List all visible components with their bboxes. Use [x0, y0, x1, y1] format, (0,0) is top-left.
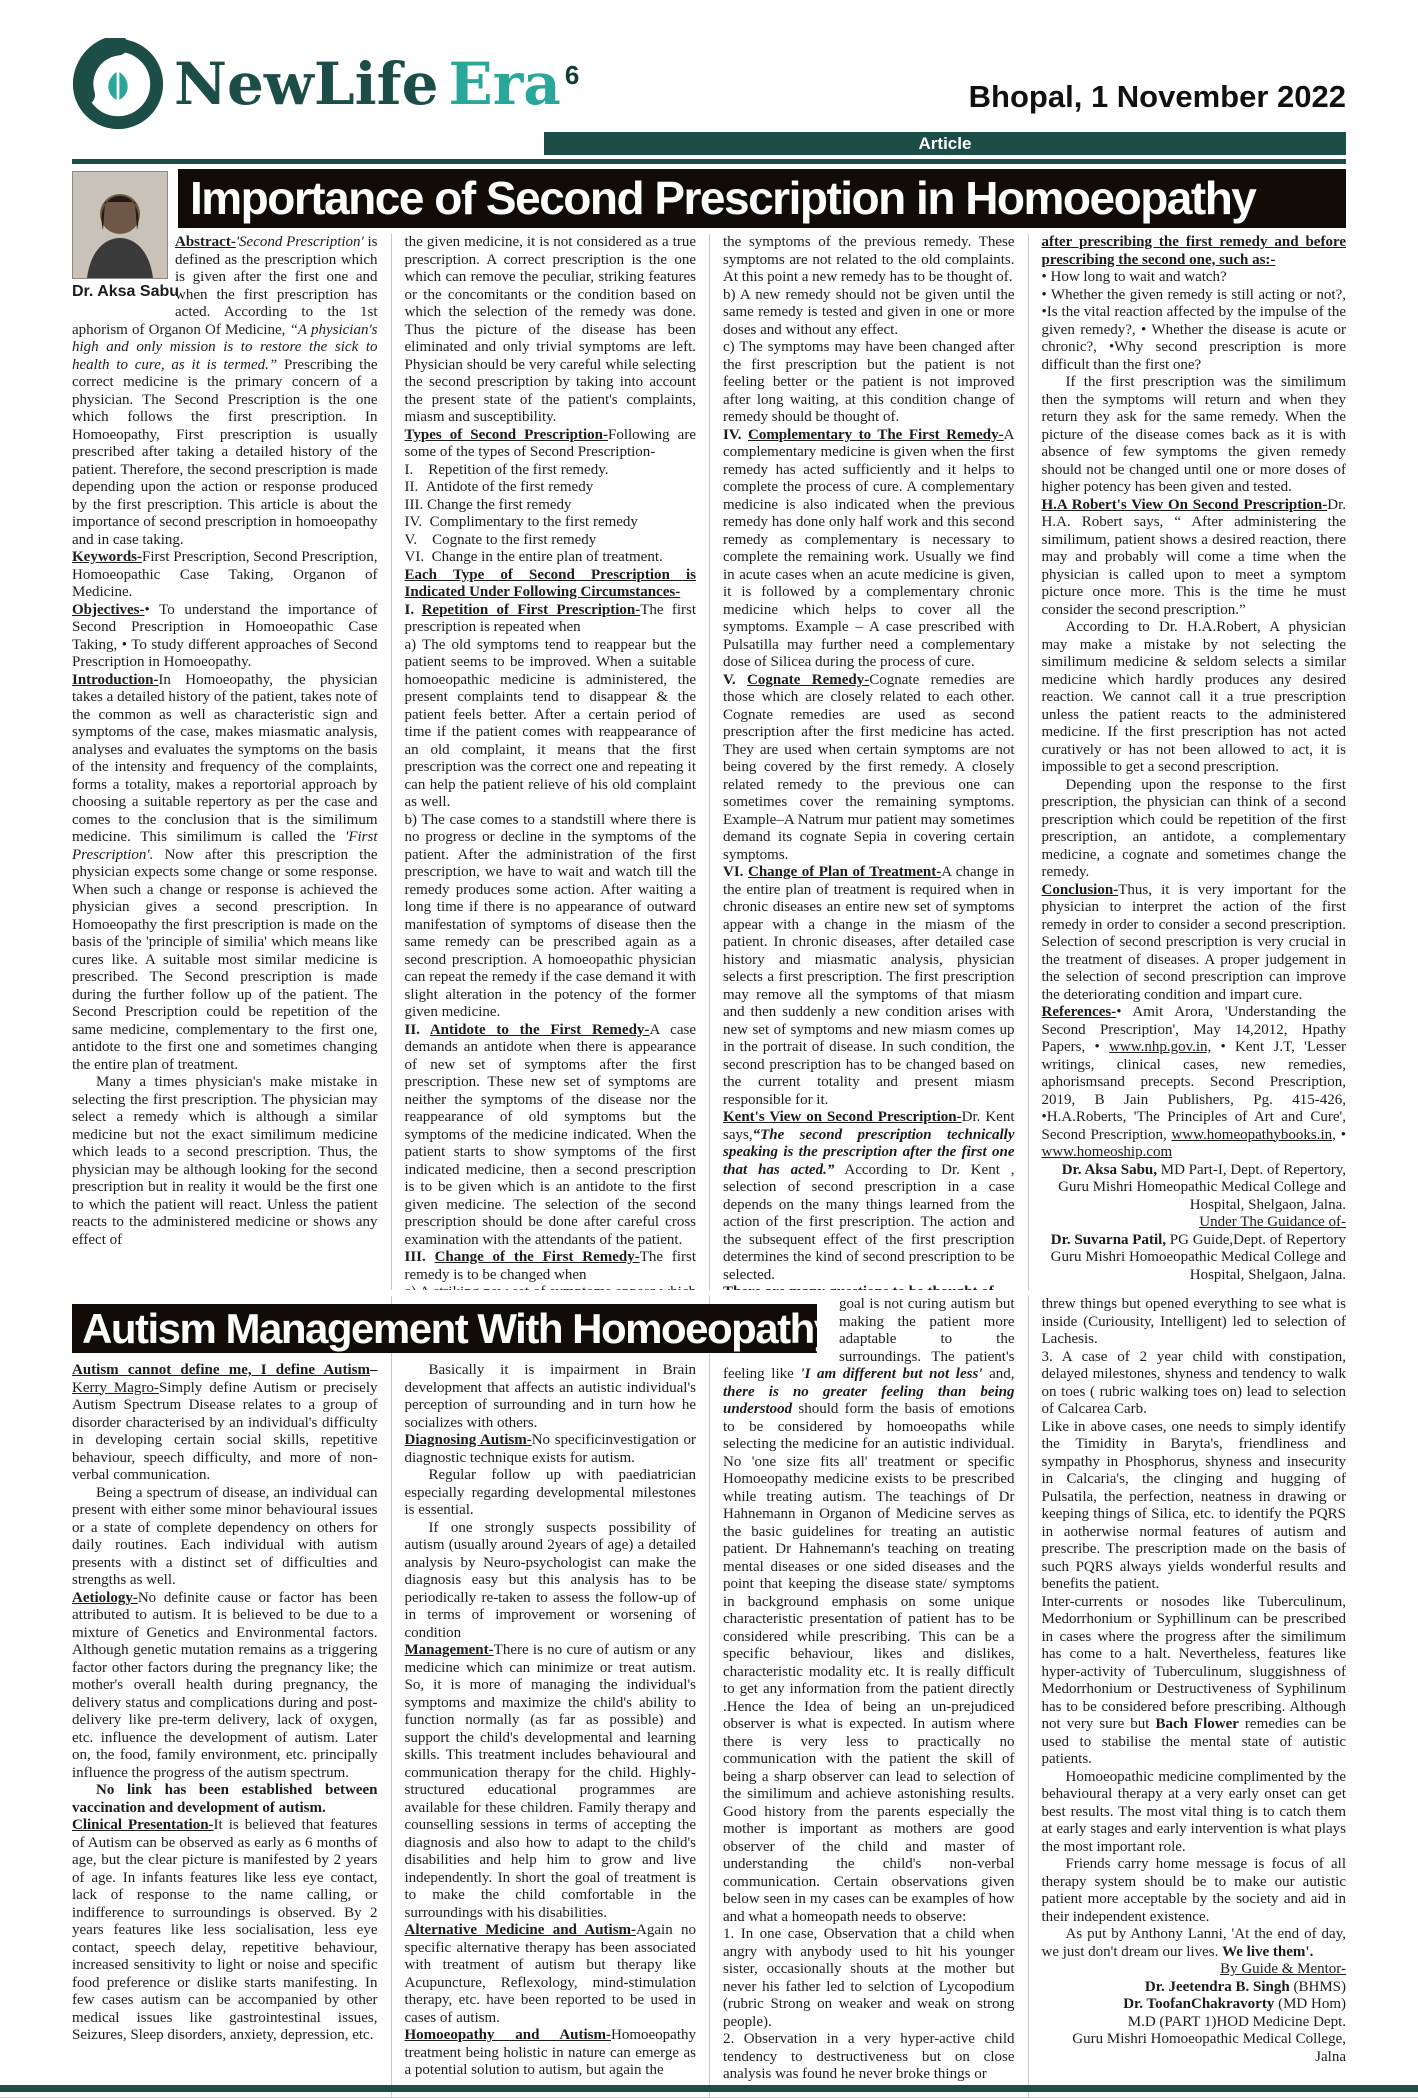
article2-title: Autism Management With Homoeopathy [72, 1304, 817, 1353]
paragraph: Under The Guidance of- [1042, 1214, 1347, 1232]
header-rule [72, 159, 1346, 164]
paragraph: the given medicine, it is not considered… [405, 234, 697, 427]
paragraph: V. Cognate to the first remedy [405, 532, 697, 550]
article1-header: Dr. Aksa Sabu Importance of Second Presc… [72, 169, 1346, 228]
paragraph: VI. Change of Plan of Treatment-A change… [723, 864, 1015, 1109]
logo-leaf-icon [72, 38, 164, 130]
paragraph: Dr. Jeetendra B. Singh (BHMS) [1042, 1979, 1347, 1997]
paragraph: III. Change of the First Remedy-The firs… [405, 1249, 697, 1284]
article2-column-3: goal is not curing autism but making the… [709, 1296, 1028, 2098]
paragraph: Dr. Aksa Sabu, MD Part-I, Dept. of Reper… [1042, 1162, 1347, 1215]
article1-column-4: after prescribing the first remedy and b… [1028, 234, 1347, 1290]
paragraph: Homoeopathy and Autism-Homoeopathy treat… [405, 2027, 697, 2080]
article1-columns: Abstract-'Second Prescription' is define… [72, 234, 1346, 1290]
author-photo-block: Dr. Aksa Sabu [72, 171, 168, 301]
paragraph: a) The old symptoms tend to reappear but… [405, 637, 697, 812]
header: NewLifeEra6 Bhopal, 1 November 2022 [72, 26, 1346, 130]
paragraph: Dr. ToofanChakravorty (MD Hom) [1042, 1996, 1347, 2014]
paragraph: Basically it is impairment in Brain deve… [405, 1362, 697, 1432]
paragraph: Alternative Medicine and Autism-Again no… [405, 1922, 697, 2027]
dateline: Bhopal, 1 November 2022 [969, 81, 1346, 130]
article1-column-2: the given medicine, it is not considered… [391, 234, 710, 1290]
section-row: Article [72, 132, 1346, 155]
article2: Autism Management With Homoeopathy Autis… [72, 1296, 1346, 2098]
paragraph: Homoeopathic medicine complimented by th… [1042, 1769, 1347, 1857]
paragraph: Objectives-• To understand the importanc… [72, 602, 378, 672]
paragraph: b) The case comes to a standstill where … [405, 812, 697, 1022]
paragraph: c) The symptoms may have been changed af… [723, 339, 1015, 427]
paragraph: As put by Anthony Lanni, 'At the end of … [1042, 1926, 1347, 1961]
paragraph: I. Repetition of the first remedy. [405, 462, 697, 480]
logo-text: NewLifeEra6 [174, 55, 579, 113]
paragraph: threw things but opened everything to se… [1042, 1296, 1347, 1349]
footer-rule [0, 2085, 1418, 2092]
paragraph: Depending upon the response to the first… [1042, 777, 1347, 882]
logo-word-newlife: NewLife [174, 50, 439, 118]
paragraph: Management-There is no cure of autism or… [405, 1642, 697, 1922]
paragraph: According to Dr. H.A.Robert, A physician… [1042, 619, 1347, 777]
paragraph: b) A new remedy should not be given unti… [723, 287, 1015, 340]
paragraph: Introduction-In Homoeopathy, the physici… [72, 672, 378, 1075]
paragraph: Friends carry home message is focus of a… [1042, 1856, 1347, 1926]
section-spacer [72, 132, 544, 155]
paragraph: Each Type of Second Prescription is Indi… [405, 567, 697, 602]
paragraph: IV. Complementary to The First Remedy-A … [723, 427, 1015, 672]
paragraph: Keywords-First Prescription, Second Pres… [72, 549, 378, 602]
paragraph: V. Cognate Remedy-Cognate remedies are t… [723, 672, 1015, 865]
paragraph: H.A Robert's View On Second Prescription… [1042, 497, 1347, 620]
paragraph: 1. In one case, Observation that a child… [723, 1926, 1015, 2031]
article2-columns: Autism cannot define me, I define Autism… [72, 1296, 1346, 2098]
paragraph: No link has been established between vac… [72, 1782, 378, 1817]
newspaper-page: NewLifeEra6 Bhopal, 1 November 2022 Arti… [0, 0, 1418, 2097]
paragraph: Being a spectrum of disease, an individu… [72, 1485, 378, 1590]
paragraph: If the first prescription was the simili… [1042, 374, 1347, 497]
article2-column-2: Basically it is impairment in Brain deve… [391, 1296, 710, 2098]
paragraph: There are many questions to be thought o… [723, 1284, 1015, 1290]
paragraph: Diagnosing Autism-No specificinvestigati… [405, 1432, 697, 1467]
article1-column-1: Abstract-'Second Prescription' is define… [72, 234, 391, 1290]
paragraph: after prescribing the first remedy and b… [1042, 234, 1347, 269]
paragraph: Like in above cases, one needs to simply… [1042, 1419, 1347, 1594]
page-number: 6 [565, 60, 579, 90]
paragraph: Aetiology-No definite cause or factor ha… [72, 1590, 378, 1783]
paragraph: Regular follow up with paediatrician esp… [405, 1467, 697, 1520]
article1-column-3: the symptoms of the previous remedy. The… [709, 234, 1028, 1290]
author-photo [72, 171, 168, 279]
paragraph: Autism cannot define me, I define Autism… [72, 1362, 378, 1485]
paragraph: Kent's View on Second Prescription-Dr. K… [723, 1109, 1015, 1284]
paragraph: goal is not curing autism but making the… [723, 1296, 1015, 1926]
paragraph: the symptoms of the previous remedy. The… [723, 234, 1015, 287]
paragraph: Clinical Presentation-It is believed tha… [72, 1817, 378, 2045]
paragraph: Conclusion-Thus, it is very important fo… [1042, 882, 1347, 1005]
logo-word-era: Era [449, 50, 561, 118]
paragraph: 2. Observation in a very hyper-active ch… [723, 2031, 1015, 2084]
paragraph: If one strongly suspects possibility of … [405, 1520, 697, 1643]
author-photo-caption: Dr. Aksa Sabu [72, 283, 168, 301]
portrait-placeholder-icon [73, 172, 167, 278]
paragraph: Dr. Suvarna Patil, PG Guide,Dept. of Rep… [1042, 1232, 1347, 1285]
paragraph: Inter-currents or nosodes like Tuberculi… [1042, 1594, 1347, 1769]
paragraph: Types of Second Prescription-Following a… [405, 427, 697, 462]
article1-title: Importance of Second Prescription in Hom… [178, 169, 1346, 228]
paragraph: • Whether the given remedy is still acti… [1042, 287, 1347, 375]
paragraph: Many a times physician's make mistake in… [72, 1074, 378, 1249]
section-label: Article [919, 134, 972, 153]
paragraph: References-• Amit Arora, 'Understanding … [1042, 1004, 1347, 1162]
paragraph: 3. A case of 2 year child with constipat… [1042, 1349, 1347, 1419]
paragraph: VI. Change in the entire plan of treatme… [405, 549, 697, 567]
paragraph: a) A striking new set of symptoms appear… [405, 1284, 697, 1290]
logo: NewLifeEra6 [72, 38, 579, 130]
paragraph: I. Repetition of First Prescription-The … [405, 602, 697, 637]
section-bar: Article [544, 132, 1346, 155]
paragraph: II. Antidote of the first remedy [405, 479, 697, 497]
paragraph: • How long to wait and watch? [1042, 269, 1347, 287]
paragraph: IV. Complimentary to the first remedy [405, 514, 697, 532]
paragraph: III. Change the first remedy [405, 497, 697, 515]
article2-column-1: Autism cannot define me, I define Autism… [72, 1296, 391, 2098]
paragraph: Guru Mishri Homoeopathic Medical College… [1042, 2031, 1347, 2066]
paragraph: By Guide & Mentor- [1042, 1961, 1347, 1979]
article2-column-4: threw things but opened everything to se… [1028, 1296, 1347, 2098]
paragraph: II. Antidote to the First Remedy-A case … [405, 1022, 697, 1250]
paragraph: M.D (PART 1)HOD Medicine Dept. [1042, 2014, 1347, 2032]
